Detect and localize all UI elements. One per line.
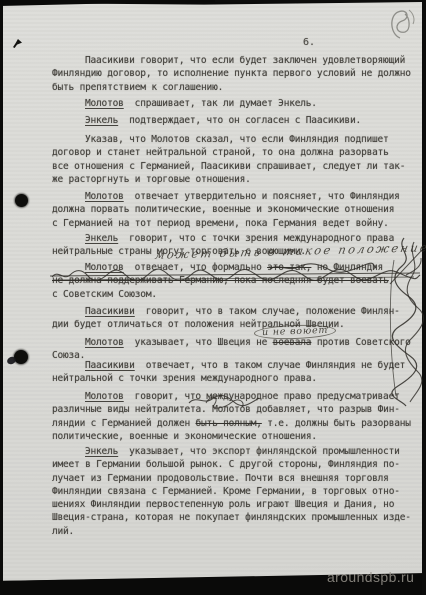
text-line: с Советским Союзом. bbox=[52, 288, 422, 301]
text-line: Паасикиви отвечает, что в таком случае Ф… bbox=[52, 359, 422, 372]
watermark: aroundspb.ru bbox=[327, 569, 414, 585]
line-text: подтверждает, что он согласен с Паасикив… bbox=[118, 115, 361, 126]
text-line: Молотов спрашивает, так ли думает Энкель… bbox=[52, 97, 422, 110]
line-text: отвечает, что в таком случае Финляндия н… bbox=[135, 360, 405, 371]
text-line: шениях Финляндии первостепенную роль игр… bbox=[52, 498, 422, 511]
speaker-name: Энкель bbox=[85, 446, 118, 457]
text-line: договор и станет нейтральной страной, то… bbox=[52, 146, 422, 159]
line-text: указывает, что Швеция не bbox=[124, 337, 273, 348]
speaker-name: Энкель bbox=[85, 115, 118, 126]
line-text: т.е. должны быть разорваны bbox=[262, 418, 411, 429]
text-line: с Германией на тот период времени, пока … bbox=[52, 217, 422, 230]
handwritten-strike-scribble bbox=[268, 262, 378, 274]
text-line: Финляндии связана с Германией. Кроме Гер… bbox=[52, 485, 422, 498]
text-line: имеет в Германии большой рынок. С другой… bbox=[52, 458, 422, 471]
line-text: спрашивает, так ли думает Энкель. bbox=[124, 98, 317, 109]
speaker-name: Молотов bbox=[85, 98, 124, 109]
line-text: ляндии с Германией должен bbox=[52, 418, 196, 429]
paragraph-paasikivi-neutral: Паасикиви отвечает, что в таком случае Ф… bbox=[52, 359, 422, 386]
text-line: Молотов указывает, что Швеция не воевала… bbox=[52, 336, 422, 349]
pencil-corner-mark bbox=[385, 8, 415, 42]
speaker-name: Паасикиви bbox=[85, 360, 135, 371]
text-line: Паасикиви говорит, что в таком случае, п… bbox=[52, 305, 422, 318]
handwritten-correction-scribble bbox=[186, 393, 262, 407]
text-line: нейтральной с точки зрения международног… bbox=[52, 372, 422, 385]
text-line: же расторгнуть и торговые отношения. bbox=[52, 173, 422, 186]
text-line: Указав, что Молотов сказал, что если Фин… bbox=[52, 133, 422, 146]
text-line: лий. bbox=[52, 525, 422, 538]
text-line: дии будет отличаться от положения нейтра… bbox=[52, 318, 422, 331]
paragraph-paasikivi-opening: Паасикиви говорит, что если будет заключ… bbox=[52, 54, 422, 94]
paragraph-enckell-confirms: Энкель подтверждает, что он согласен с П… bbox=[52, 114, 422, 127]
struck-text: быть полным, bbox=[196, 418, 262, 429]
paragraph-molotov-asks: Молотов спрашивает, так ли думает Энкель… bbox=[52, 97, 422, 110]
text-line: Энкель указывает, что экспорт финляндско… bbox=[52, 445, 422, 458]
punch-hole bbox=[15, 194, 28, 207]
line-text: отвечает утвердительно и поясняет, что Ф… bbox=[124, 191, 400, 202]
paragraph-molotov-affirms: Молотов отвечает утвердительно и поясняе… bbox=[52, 190, 422, 230]
text-line: Молотов отвечает утвердительно и поясняе… bbox=[52, 190, 422, 203]
punch-hole bbox=[14, 350, 28, 364]
page-number: 6. bbox=[303, 37, 315, 48]
paragraph-enckell-trade: Энкель указывает, что экспорт финляндско… bbox=[52, 445, 422, 538]
text-line: Паасикиви говорит, что если будет заключ… bbox=[52, 54, 422, 67]
line-text: указывает, что экспорт финляндской промы… bbox=[118, 446, 400, 457]
text-line: лучает из Германии продовольствие. Почти… bbox=[52, 472, 422, 485]
scanned-document-page: 6. Паасикиви говорит, что если будет зак… bbox=[0, 0, 426, 595]
speaker-name: Паасикиви bbox=[85, 306, 135, 317]
paragraph-ukazav: Указав, что Молотов сказал, что если Фин… bbox=[52, 133, 422, 186]
text-line: Швеция-страна, которая не покупает финля… bbox=[52, 511, 422, 524]
speaker-name: Энкель bbox=[85, 233, 118, 244]
text-line: политические, военные и экономические от… bbox=[52, 430, 422, 443]
text-line: должна порвать политические, военные и э… bbox=[52, 203, 422, 216]
paragraph-paasikivi-position: Паасикиви говорит, что в таком случае, п… bbox=[52, 305, 422, 332]
text-line: ляндии с Германией должен быть полным, т… bbox=[52, 417, 422, 430]
speaker-name: Молотов bbox=[85, 391, 124, 402]
margin-handwriting bbox=[386, 236, 424, 408]
line-text: говорит, что в таком случае, положение Ф… bbox=[135, 306, 400, 317]
speaker-name: Молотов bbox=[85, 337, 124, 348]
text-line: Финляндию договор, то исполнение пункта … bbox=[52, 67, 422, 80]
text-line: все отношения с Германией, Паасикиви спр… bbox=[52, 160, 422, 173]
speaker-name: Молотов bbox=[85, 191, 124, 202]
text-line: Энкель подтверждает, что он согласен с П… bbox=[52, 114, 422, 127]
text-line: быть препятствием к соглашению. bbox=[52, 81, 422, 94]
